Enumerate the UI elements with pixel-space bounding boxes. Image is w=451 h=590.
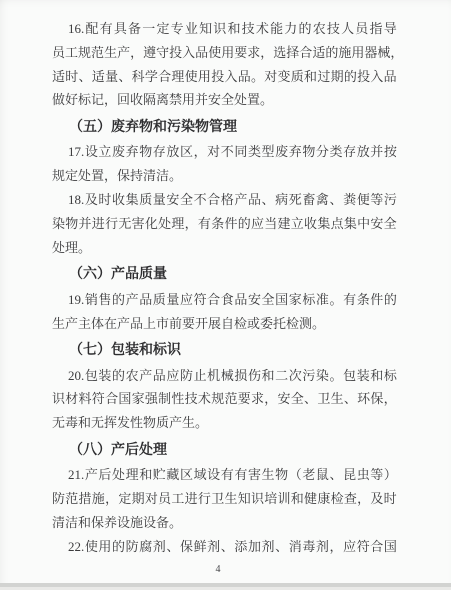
text-line: 无毒和无挥发性物质产生。 (52, 411, 397, 435)
text-line: 21.产后处理和贮藏区域设有有害生物（老鼠、昆虫等） (52, 463, 397, 487)
text-line: 适时、适量、科学合理使用投入品。对变质和过期的投入品 (52, 65, 397, 89)
text-line: 19.销售的产品质量应符合食品安全国家标准。有条件的 (52, 288, 397, 312)
text-line: 规定处置，保持清洁。 (52, 164, 397, 188)
section-heading-section-6: （六）产品质量 (52, 263, 397, 287)
item-17: 17.设立废弃物存放区，对不同类型废弃物分类存放并按规定处置，保持清洁。 (52, 140, 397, 188)
item-20: 20.包装的农产品应防止机械损伤和二次污染。包装和标识材料符合国家强制性技术规范… (52, 364, 397, 435)
text-line: 员工规范生产，遵守投入品使用要求，选择合适的施用器械， (52, 41, 397, 65)
text-line: 清洁和保养设施设备。 (52, 511, 397, 535)
text-line: 处理。 (52, 236, 397, 260)
scanned-document-page: 16.配有具备一定专业知识和技术能力的农技人员指导员工规范生产，遵守投入品使用要… (0, 0, 451, 590)
item-22: 22.使用的防腐剂、保鲜剂、添加剂、消毒剂，应符合国 (52, 535, 397, 559)
text-line: 防范措施，定期对员工进行卫生知识培训和健康检查，及时 (52, 487, 397, 511)
item-16: 16.配有具备一定专业知识和技术能力的农技人员指导员工规范生产，遵守投入品使用要… (52, 17, 397, 112)
text-line: 生产主体在产品上市前要开展自检或委托检测。 (52, 312, 397, 336)
text-line: 识材料符合国家强制性技术规范要求，安全、卫生、环保， (52, 387, 397, 411)
text-line: 20.包装的农产品应防止机械损伤和二次污染。包装和标 (52, 364, 397, 388)
item-18: 18.及时收集质量安全不合格产品、病死畜禽、粪便等污染物并进行无害化处理，有条件… (52, 188, 397, 259)
item-19: 19.销售的产品质量应符合食品安全国家标准。有条件的生产主体在产品上市前要开展自… (52, 288, 397, 336)
text-line: 17.设立废弃物存放区，对不同类型废弃物分类存放并按 (52, 140, 397, 164)
text-line: 22.使用的防腐剂、保鲜剂、添加剂、消毒剂，应符合国 (52, 535, 397, 559)
item-21: 21.产后处理和贮藏区域设有有害生物（老鼠、昆虫等）防范措施，定期对员工进行卫生… (52, 463, 397, 534)
page-number: 4 (0, 564, 436, 575)
section-heading-section-5: （五）废弃物和污染物管理 (52, 116, 397, 140)
text-line: 做好标记，回收隔离禁用并安全处置。 (52, 88, 397, 112)
section-heading-section-7: （七）包装和标识 (52, 339, 397, 363)
text-line: 16.配有具备一定专业知识和技术能力的农技人员指导 (52, 17, 397, 41)
text-line: 18.及时收集质量安全不合格产品、病死畜禽、粪便等污 (52, 188, 397, 212)
text-line: 染物并进行无害化处理，有条件的应当建立收集点集中安全 (52, 212, 397, 236)
section-heading-section-8: （八）产后处理 (52, 439, 397, 463)
document-content: 16.配有具备一定专业知识和技术能力的农技人员指导员工规范生产，遵守投入品使用要… (52, 17, 397, 559)
